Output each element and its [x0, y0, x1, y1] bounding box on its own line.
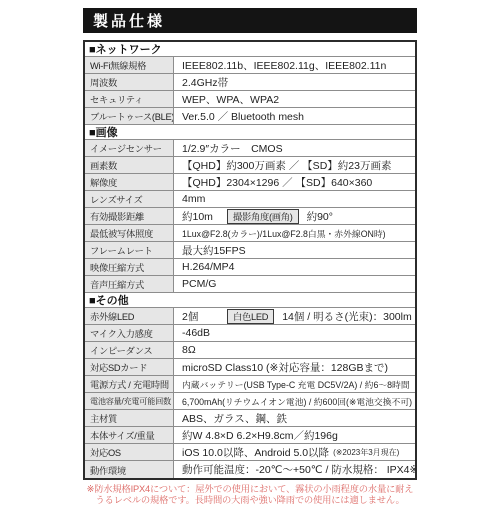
spec-label: 最低被写体照度 — [85, 225, 174, 241]
spec-value-text: 内蔵バッテリー(USB Type-C 充電 DC5V/2A) / 約6～8時間 — [182, 378, 410, 391]
spec-value-text: 最大約15FPS — [182, 243, 246, 258]
spec-value: 1/2.9″カラー CMOS — [174, 140, 415, 156]
spec-label: 対応SDカード — [85, 359, 174, 375]
spec-row: 対応OSiOS 10.0以降、Android 5.0以降(※2023年3月現在) — [85, 444, 415, 461]
spec-label: インピーダンス — [85, 342, 174, 358]
spec-value-text: PCM/G — [182, 278, 216, 290]
spec-label: 主材質 — [85, 410, 174, 426]
spec-value-text: microSD Class10 (※対応容量：128GBまで) — [182, 360, 388, 375]
spec-label: 赤外線LED — [85, 308, 174, 324]
spec-value-text: 約W 4.8×D 6.2×H9.8cm／約196g — [182, 428, 338, 443]
spec-row: 画素数【QHD】約300万画素 ／ 【SD】約23万画素 — [85, 157, 415, 174]
spec-value: 2個白色LED14個 / 明るさ(光束)：300lm — [174, 308, 415, 324]
spec-value-text: 4mm — [182, 193, 205, 205]
spec-value-text: -46dB — [182, 327, 210, 339]
spec-value: H.264/MP4 — [174, 259, 415, 275]
spec-label: 対応OS — [85, 444, 174, 460]
spec-value: microSD Class10 (※対応容量：128GBまで) — [174, 359, 415, 375]
spec-label: 電源方式 / 充電時間 — [85, 376, 174, 392]
spec-value: 約10m撮影角度(画角)約90° — [174, 208, 415, 224]
spec-row: 有効撮影距離約10m撮影角度(画角)約90° — [85, 208, 415, 225]
spec-value-text: 2.4GHz帯 — [182, 75, 228, 90]
spec-value-text: WEP、WPA、WPA2 — [182, 92, 279, 107]
spec-table: ■ネットワークWi-Fi無線規格IEEE802.11b、IEEE802.11g、… — [83, 40, 417, 480]
spec-value-text: 6,700mAh(リチウムイオン電池) / 約600回(※電池交換不可) — [182, 395, 412, 408]
section-header: ■画像 — [85, 125, 415, 140]
spec-label: レンズサイズ — [85, 191, 174, 207]
spec-value: iOS 10.0以降、Android 5.0以降(※2023年3月現在) — [174, 444, 415, 460]
footnote-line-1: ※防水規格IPX4について：屋外での使用において、霧状の小雨程度の水量に耐え — [83, 484, 417, 495]
spec-value-secondary: 約90° — [299, 209, 333, 224]
spec-value-text: 1Lux@F2.8(カラー)/1Lux@F2.8白黒・赤外線ON時) — [182, 227, 386, 240]
spec-label: 動作環境 — [85, 461, 174, 478]
spec-row: フレームレート最大約15FPS — [85, 242, 415, 259]
spec-row: 最低被写体照度1Lux@F2.8(カラー)/1Lux@F2.8白黒・赤外線ON時… — [85, 225, 415, 242]
section-header: ■その他 — [85, 293, 415, 308]
spec-row: イメージセンサー1/2.9″カラー CMOS — [85, 140, 415, 157]
spec-value-text: iOS 10.0以降、Android 5.0以降 — [182, 445, 329, 460]
spec-row: レンズサイズ4mm — [85, 191, 415, 208]
spec-sublabel: 白色LED — [227, 309, 274, 324]
spec-value: 1Lux@F2.8(カラー)/1Lux@F2.8白黒・赤外線ON時) — [174, 225, 415, 241]
spec-label: マイク入力感度 — [85, 325, 174, 341]
spec-row: 対応SDカードmicroSD Class10 (※対応容量：128GBまで) — [85, 359, 415, 376]
spec-value: ABS、ガラス、鋼、鉄 — [174, 410, 415, 426]
page-title: 製品仕様 — [83, 8, 417, 33]
spec-value-text: ABS、ガラス、鋼、鉄 — [182, 411, 287, 426]
spec-value: WEP、WPA、WPA2 — [174, 91, 415, 107]
spec-value-text: H.264/MP4 — [182, 261, 235, 273]
spec-row: 電源方式 / 充電時間内蔵バッテリー(USB Type-C 充電 DC5V/2A… — [85, 376, 415, 393]
spec-label: ブルートゥース(BLE) — [85, 108, 174, 124]
spec-value: 動作可能温度：-20℃～+50℃ / 防水規格： IPX4※ — [174, 461, 415, 478]
spec-label: 本体サイズ/重量 — [85, 427, 174, 443]
spec-row: Wi-Fi無線規格IEEE802.11b、IEEE802.11g、IEEE802… — [85, 57, 415, 74]
spec-value-note: (※2023年3月現在) — [333, 447, 399, 458]
spec-value: 【QHD】約300万画素 ／ 【SD】約23万画素 — [174, 157, 415, 173]
spec-value: Ver.5.0 ／ Bluetooth mesh — [174, 108, 415, 124]
spec-row: 主材質ABS、ガラス、鋼、鉄 — [85, 410, 415, 427]
footnote-line-2: うるレベルの規格です。長時間の大雨や強い降雨での使用には適しません。 — [83, 495, 417, 505]
spec-value-text: 動作可能温度：-20℃～+50℃ / 防水規格： IPX4※ — [182, 462, 415, 477]
footnote: ※防水規格IPX4について：屋外での使用において、霧状の小雨程度の水量に耐え う… — [83, 484, 417, 505]
spec-value: 4mm — [174, 191, 415, 207]
spec-sheet: 製品仕様 ■ネットワークWi-Fi無線規格IEEE802.11b、IEEE802… — [83, 8, 417, 505]
spec-value: 【QHD】2304×1296 ／ 【SD】640×360 — [174, 174, 415, 190]
spec-label: 有効撮影距離 — [85, 208, 174, 224]
spec-value-text: 1/2.9″カラー CMOS — [182, 141, 283, 156]
spec-label: 映像圧縮方式 — [85, 259, 174, 275]
spec-value-primary: 2個 — [182, 309, 227, 324]
spec-label: 音声圧縮方式 — [85, 276, 174, 292]
spec-row: 動作環境動作可能温度：-20℃～+50℃ / 防水規格： IPX4※ — [85, 461, 415, 478]
spec-row: 映像圧縮方式H.264/MP4 — [85, 259, 415, 276]
spec-label: セキュリティ — [85, 91, 174, 107]
spec-value-text: Ver.5.0 ／ Bluetooth mesh — [182, 109, 304, 124]
spec-value: IEEE802.11b、IEEE802.11g、IEEE802.11n — [174, 57, 415, 73]
spec-label: 解像度 — [85, 174, 174, 190]
spec-value-text: 【QHD】約300万画素 ／ 【SD】約23万画素 — [182, 158, 391, 173]
spec-label: Wi-Fi無線規格 — [85, 57, 174, 73]
spec-value: 8Ω — [174, 342, 415, 358]
spec-label: 電池容量/充電可能回数 — [85, 393, 174, 409]
spec-value: 6,700mAh(リチウムイオン電池) / 約600回(※電池交換不可) — [174, 393, 415, 409]
spec-row: 音声圧縮方式PCM/G — [85, 276, 415, 293]
spec-row: 電池容量/充電可能回数6,700mAh(リチウムイオン電池) / 約600回(※… — [85, 393, 415, 410]
spec-value-text: 8Ω — [182, 344, 196, 356]
spec-row: セキュリティWEP、WPA、WPA2 — [85, 91, 415, 108]
spec-value-text: 【QHD】2304×1296 ／ 【SD】640×360 — [182, 175, 372, 190]
spec-value: 約W 4.8×D 6.2×H9.8cm／約196g — [174, 427, 415, 443]
spec-sublabel: 撮影角度(画角) — [227, 209, 299, 224]
spec-row: 解像度【QHD】2304×1296 ／ 【SD】640×360 — [85, 174, 415, 191]
spec-value: 最大約15FPS — [174, 242, 415, 258]
spec-row: 周波数2.4GHz帯 — [85, 74, 415, 91]
spec-label: イメージセンサー — [85, 140, 174, 156]
spec-value: 内蔵バッテリー(USB Type-C 充電 DC5V/2A) / 約6～8時間 — [174, 376, 415, 392]
spec-value: -46dB — [174, 325, 415, 341]
spec-row: 赤外線LED2個白色LED14個 / 明るさ(光束)：300lm — [85, 308, 415, 325]
spec-value: 2.4GHz帯 — [174, 74, 415, 90]
spec-label: フレームレート — [85, 242, 174, 258]
spec-row: インピーダンス8Ω — [85, 342, 415, 359]
spec-value-primary: 約10m — [182, 209, 227, 224]
spec-value-text: IEEE802.11b、IEEE802.11g、IEEE802.11n — [182, 58, 386, 73]
spec-label: 周波数 — [85, 74, 174, 90]
spec-row: 本体サイズ/重量約W 4.8×D 6.2×H9.8cm／約196g — [85, 427, 415, 444]
spec-value: PCM/G — [174, 276, 415, 292]
spec-label: 画素数 — [85, 157, 174, 173]
spec-row: マイク入力感度-46dB — [85, 325, 415, 342]
spec-row: ブルートゥース(BLE)Ver.5.0 ／ Bluetooth mesh — [85, 108, 415, 125]
spec-value-secondary: 14個 / 明るさ(光束)：300lm — [274, 309, 412, 324]
section-header: ■ネットワーク — [85, 42, 415, 57]
